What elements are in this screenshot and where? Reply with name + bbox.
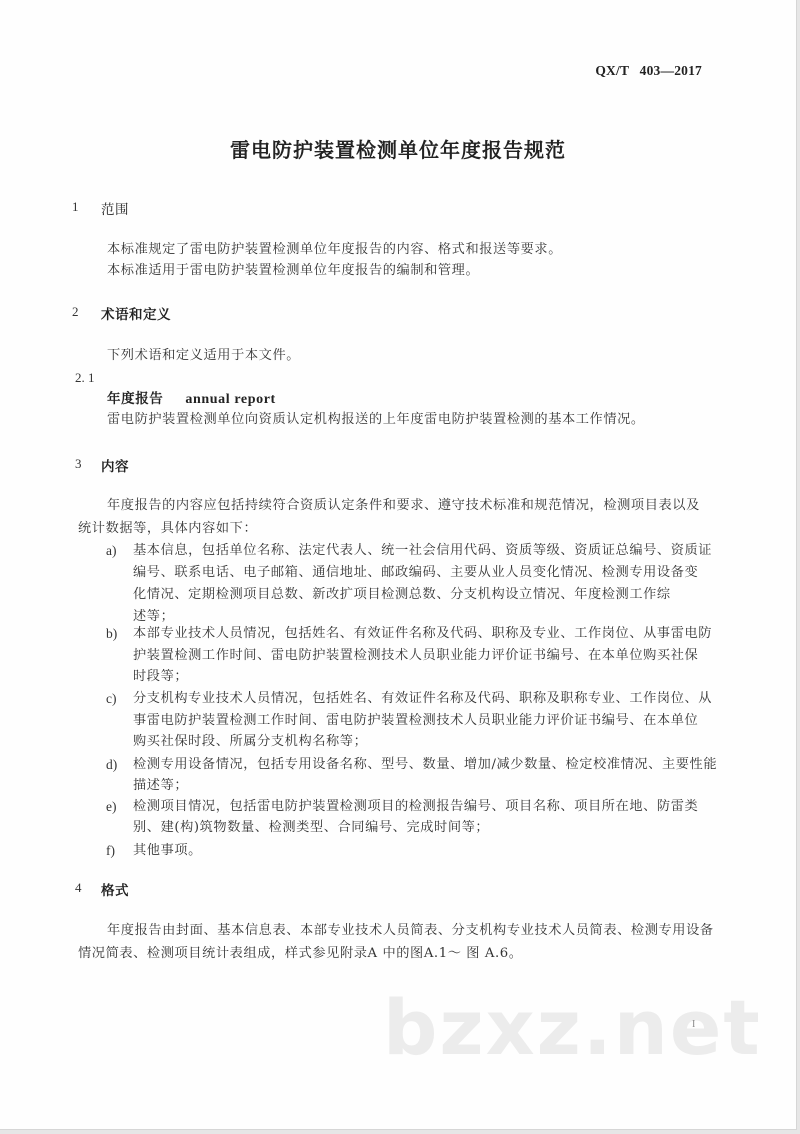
- section-1-number: 1: [72, 199, 79, 215]
- list-item-label-f: f): [106, 843, 115, 859]
- list-item-b-line: 时段等；: [133, 668, 188, 686]
- section-4-number: 4: [75, 880, 82, 896]
- section-3-intro: 统计数据等，具体内容如下：: [78, 520, 257, 538]
- list-item-label-d: d): [106, 757, 117, 773]
- section-4-paragraph: 年度报告由封面、基本信息表、本部专业技术人员简表、分支机构专业技术人员简表、检测…: [107, 922, 714, 940]
- section-1-paragraph: 本标准规定了雷电防护装置检测单位年度报告的内容、格式和报送等要求。: [107, 241, 562, 259]
- list-item-d-line: 描述等；: [133, 777, 188, 795]
- list-item-e-line: 检测项目情况，包括雷电防护装置检测项目的检测报告编号、项目名称、项目所在地、防雷…: [133, 798, 698, 816]
- list-item-label-b: b): [106, 626, 117, 642]
- list-item-b-line: 本部专业技术人员情况，包括姓名、有效证件名称及代码、职称及专业、工作岗位、从事雷…: [133, 625, 712, 643]
- list-item-a-line: 化情况、定期检测项目总数、新改扩项目检测总数、分支机构设立情况、年度检测工作综: [133, 586, 671, 604]
- term-chinese: 年度报告: [107, 391, 163, 407]
- page-number: I: [692, 1019, 695, 1030]
- list-item-d-line: 检测专用设备情况，包括专用设备名称、型号、数量、增加/减少数量、检定校准情况、主…: [133, 756, 717, 774]
- standard-code: QX/T 403—2017: [595, 63, 702, 79]
- list-item-label-e: e): [106, 799, 117, 815]
- section-4-title: 格式: [101, 879, 129, 899]
- list-item-f-line: 其他事项。: [133, 842, 202, 860]
- list-item-label-c: c): [106, 691, 117, 707]
- list-item-a-line: 基本信息，包括单位名称、法定代表人、统一社会信用代码、资质等级、资质证总编号、资…: [133, 542, 712, 560]
- list-item-a-line: 编号、联系电话、电子邮箱、通信地址、邮政编码、主要从业人员变化情况、检测专用设备…: [133, 564, 698, 582]
- list-item-c-line: 事雷电防护装置检测工作时间、雷电防护装置检测技术人员职业能力评价证书编号、在本单…: [133, 712, 698, 730]
- document-title: 雷电防护装置检测单位年度报告规范: [0, 134, 796, 163]
- list-item-label-a: a): [106, 543, 117, 559]
- term-english: annual report: [185, 392, 275, 407]
- list-item-c-line: 购买社保时段、所属分支机构名称等；: [133, 733, 367, 751]
- watermark: bzxz.net: [383, 990, 762, 1066]
- list-item-e-line: 别、建(构)筑物数量、检测类型、合同编号、完成时间等；: [133, 819, 489, 837]
- term-number: 2. 1: [75, 370, 95, 386]
- section-2-title: 术语和定义: [101, 303, 171, 323]
- section-2-intro: 下列术语和定义适用于本文件。: [107, 347, 300, 365]
- term-definition: 雷电防护装置检测单位向资质认定机构报送的上年度雷电防护装置检测的基本工作情况。: [107, 411, 645, 429]
- section-3-title: 内容: [101, 455, 129, 475]
- section-4-paragraph: 情况简表、检测项目统计表组成，样式参见附录A 中的图A.1～ 图 A.6。: [78, 945, 523, 963]
- section-2-number: 2: [72, 304, 79, 320]
- term-heading: 年度报告annual report: [107, 390, 276, 409]
- section-1-paragraph: 本标准适用于雷电防护装置检测单位年度报告的编制和管理。: [107, 262, 479, 280]
- list-item-b-line: 护装置检测工作时间、雷电防护装置检测技术人员职业能力评价证书编号、在本单位购买社…: [133, 647, 698, 665]
- list-item-c-line: 分支机构专业技术人员情况，包括姓名、有效证件名称及代码、职称及职称专业、工作岗位…: [133, 690, 712, 708]
- list-item-a-line: 述等；: [133, 608, 174, 626]
- section-3-intro: 年度报告的内容应包括持续符合资质认定条件和要求、遵守技术标准和规范情况，检测项目…: [107, 497, 700, 515]
- section-1-title: 范围: [101, 198, 129, 218]
- document-page: QX/T 403—2017 雷电防护装置检测单位年度报告规范 1 范围 本标准规…: [0, 0, 797, 1130]
- section-3-number: 3: [75, 456, 82, 472]
